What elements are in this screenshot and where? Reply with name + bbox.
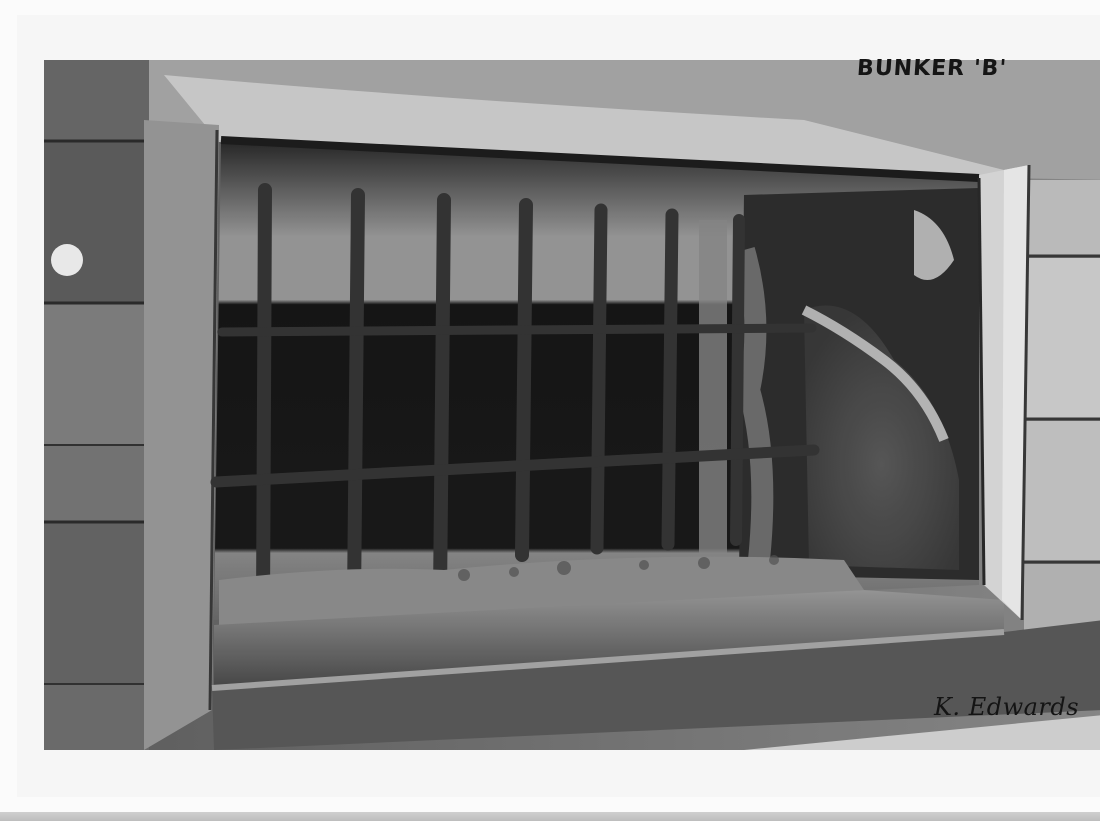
photo-print: [17, 15, 1100, 797]
scene-illustration: [44, 60, 1100, 750]
scanner-edge: [0, 812, 1100, 821]
bunker-window-photo: [44, 60, 1100, 750]
photo-caption: BUNKER 'B': [856, 56, 1008, 81]
photographer-signature: K. Edwards: [934, 693, 1079, 721]
